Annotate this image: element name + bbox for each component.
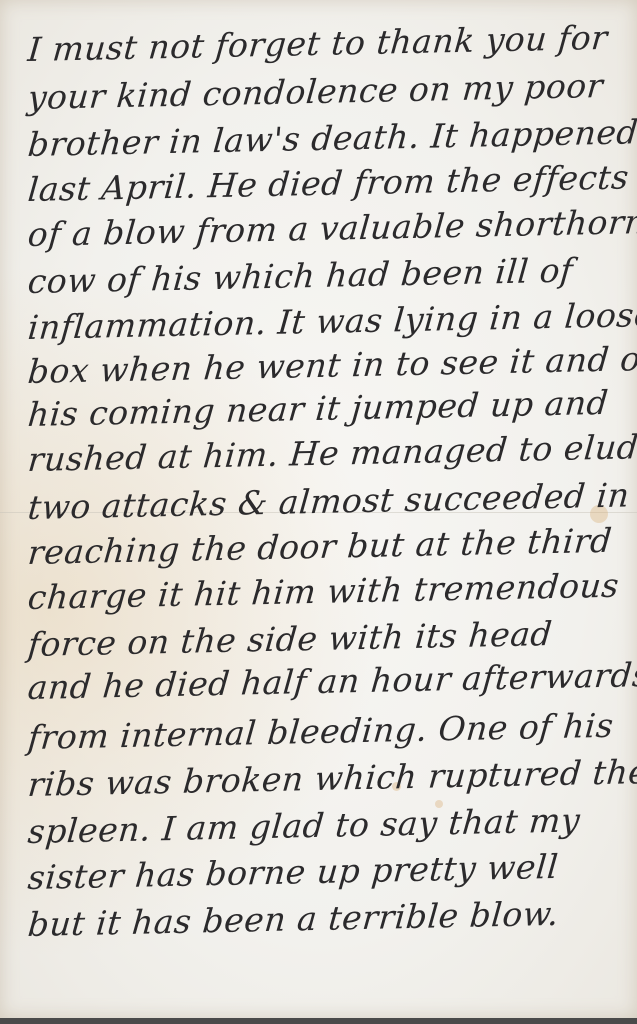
letter-line: spleen. I am glad to say that my bbox=[26, 800, 581, 851]
letter-line: from internal bleeding. One of his bbox=[26, 706, 615, 757]
letter-line: and he died half an hour afterwards bbox=[26, 655, 637, 707]
letter-line: of a blow from a valuable shorthorn bbox=[26, 202, 637, 254]
letter-line: charge it hit him with tremendous bbox=[26, 566, 620, 617]
letter-line: sister has borne up pretty well bbox=[26, 847, 560, 897]
letter-line: reaching the door but at the third bbox=[26, 521, 613, 572]
letter-line: cow of his which had been ill of bbox=[26, 251, 574, 301]
letter-line: force on the side with its head bbox=[26, 614, 554, 664]
letter-line: rushed at him. He managed to elude bbox=[26, 427, 637, 479]
letter-page: I must not forget to thank you for your … bbox=[0, 0, 637, 1018]
letter-line: your kind condolence on my poor bbox=[26, 66, 604, 117]
letter-line: I must not forget to thank you for bbox=[26, 18, 609, 69]
letter-line: brother in law's death. It happened bbox=[26, 112, 637, 164]
letter-line: inflammation. It was lying in a loose bbox=[26, 295, 637, 347]
letter-line: last April. He died from the effects bbox=[26, 157, 630, 209]
letter-line: but it has been a terrible blow. bbox=[26, 894, 560, 944]
letter-line: ribs was broken which ruptured the bbox=[26, 752, 637, 804]
letter-line: box when he went in to see it and on bbox=[26, 339, 637, 391]
letter-line: two attacks & almost succeeded in bbox=[26, 475, 631, 527]
letter-line: his coming near it jumped up and bbox=[26, 383, 610, 434]
